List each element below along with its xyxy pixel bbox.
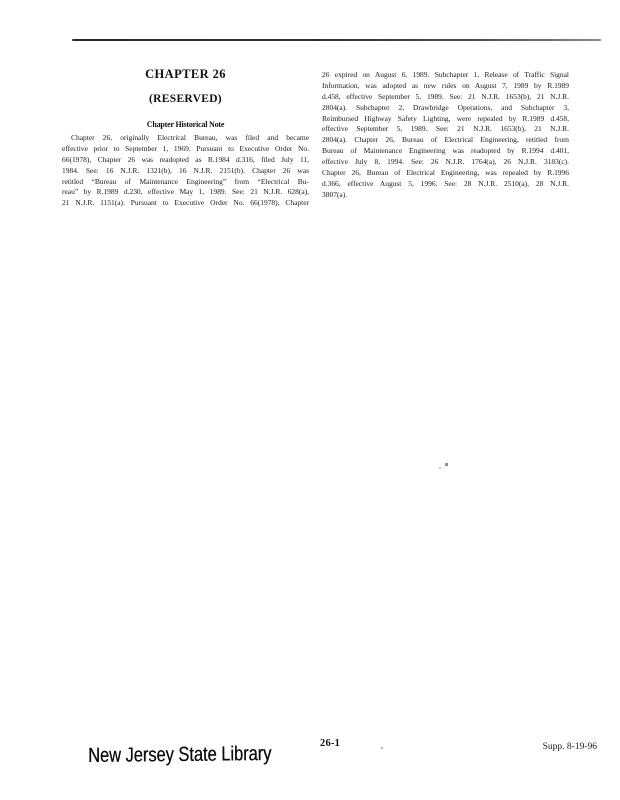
text-line: 3807(a). bbox=[322, 190, 569, 201]
text-line: 66(1978), Chapter 26 was readopted as R.… bbox=[62, 155, 309, 166]
text-line: 2804(a). Chapter 26, Bureau of Electrica… bbox=[322, 135, 569, 146]
text-line: 21 N.J.R. 1151(a). Pursuant to Executive… bbox=[62, 198, 309, 209]
text-line: Chapter 26, originally Electrical Bureau… bbox=[62, 133, 309, 144]
text-line: Information, was adopted as new rules on… bbox=[322, 81, 569, 92]
scanned-document-page: CHAPTER 26 (RESERVED) Chapter Historical… bbox=[0, 0, 620, 800]
text-line: effective September 5, 1989. See: 21 N.J… bbox=[322, 124, 569, 135]
text-line: d.458, effective September 5, 1989. See:… bbox=[322, 92, 569, 103]
library-stamp: New Jersey State Library bbox=[88, 742, 271, 768]
text-line: Chapter 26, Bureau of Electrical Enginee… bbox=[322, 168, 569, 179]
text-line: reau” by R.1989 d.230, effective May 1, … bbox=[62, 187, 309, 198]
text-line: d.366, effective August 5, 1996. See: 28… bbox=[322, 179, 569, 190]
text-line: effective prior to September 1, 1969. Pu… bbox=[62, 144, 309, 155]
historical-note-text-left: Chapter 26, originally Electrical Bureau… bbox=[62, 133, 309, 209]
left-column: CHAPTER 26 (RESERVED) Chapter Historical… bbox=[62, 67, 309, 209]
supplement-date: Supp. 8-19-96 bbox=[543, 742, 597, 752]
page-number: 26-1 bbox=[320, 738, 340, 749]
chapter-title: CHAPTER 26 bbox=[62, 67, 309, 81]
text-line: 26 expired on August 6, 1989. Subchapter… bbox=[322, 70, 569, 81]
scan-speck bbox=[381, 747, 383, 749]
text-line: Reimbursed Highway Safety Lighting, were… bbox=[322, 114, 569, 125]
scan-speck bbox=[445, 463, 448, 466]
historical-note-heading: Chapter Historical Note bbox=[62, 120, 309, 130]
reserved-label: (RESERVED) bbox=[62, 93, 309, 106]
right-column: 26 expired on August 6, 1989. Subchapter… bbox=[322, 67, 569, 201]
historical-note-text-right: 26 expired on August 6, 1989. Subchapter… bbox=[322, 70, 569, 201]
text-line: 1984. See: 16 N.J.R. 1321(b), 16 N.J.R. … bbox=[62, 166, 309, 177]
scan-speck bbox=[439, 467, 441, 469]
text-line: retitled “Bureau of Maintenance Engineer… bbox=[62, 177, 309, 188]
header-rule bbox=[72, 39, 601, 41]
text-line: effective July 8, 1994. See: 26 N.J.R. 1… bbox=[322, 157, 569, 168]
text-line: Bureau of Maintenance Engineering was re… bbox=[322, 146, 569, 157]
text-line: 2804(a). Subchapter 2, Drawbridge Operat… bbox=[322, 103, 569, 114]
